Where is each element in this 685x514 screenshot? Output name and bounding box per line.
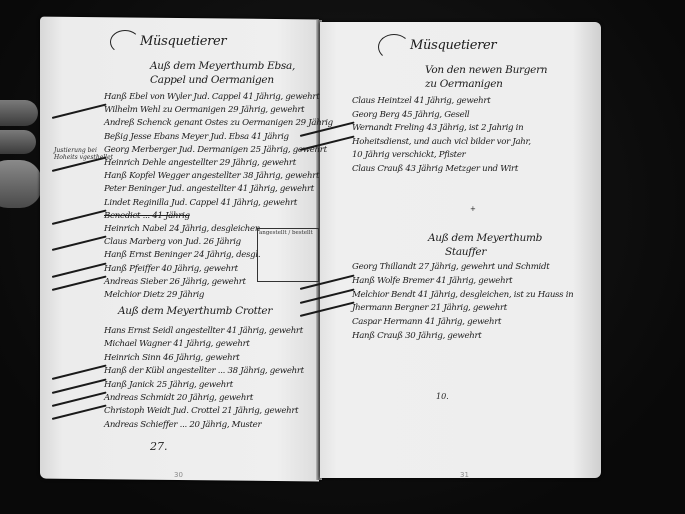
right-section-1-heading-b: zu Oermanigen (425, 78, 503, 90)
margin-note: Justierung bei Hoheits vgesthellet (54, 147, 113, 161)
register-entry: Claus Heintzel 41 Jährig, gewehrt (352, 96, 490, 106)
register-entry: Hanß Crauß 30 Jährig, gewehrt (352, 331, 481, 341)
register-entry: Benedict ... 41 Jährig (104, 211, 190, 221)
register-entry: Christoph Weidt Jud. Crottel 21 Jährig, … (104, 406, 298, 416)
register-entry: Hanß Ebel von Wyler Jud. Cappel 41 Jähri… (104, 92, 319, 102)
register-entry: Georg Thillandt 27 Jährig, gewehrt und S… (352, 262, 549, 272)
register-entry: Andreas Sieber 26 Jährig, gewehrt (104, 277, 246, 287)
right-pencil-folio: 31 (460, 471, 469, 479)
register-entry: Jhermann Bergner 21 Jährig, gewehrt (352, 303, 507, 313)
boxed-margin-note: angestellt / bestellt (257, 228, 319, 282)
right-section-2-heading-b: Stauffer (445, 246, 486, 258)
register-entry: Caspar Hermann 41 Jährig, gewehrt (352, 317, 501, 327)
title-flourish (110, 30, 140, 54)
register-entry: Hans Ernst Seidl angestellter 41 Jährig,… (104, 326, 303, 336)
register-entry: Wernandt Freling 43 Jährig, ist 2 Jahrig… (352, 123, 523, 133)
margin-note-line: Hoheits vgesthellet (54, 154, 113, 161)
register-entry: Melchior Bendt 41 Jährig, desgleichen, i… (352, 290, 573, 300)
register-entry: Andreas Schieffer ... 20 Jährig, Muster (104, 420, 261, 430)
boxed-note-text: angestellt / bestellt (259, 230, 313, 236)
register-entry: Michael Wagner 41 Jährig, gewehrt (104, 339, 250, 349)
register-entry: Melchior Dietz 29 Jährig (104, 290, 204, 300)
register-entry: 10 Jährig verschickt, Pfister (352, 150, 465, 160)
register-entry: Hanß Wolfe Bremer 41 Jährig, gewehrt (352, 276, 512, 286)
register-entry: Heinrich Dehle angestellter 29 Jährig, g… (104, 158, 296, 168)
right-section-1-heading-a: Von den newen Burgern (425, 64, 547, 76)
register-entry: Georg Berg 45 Jährig, Gesell (352, 110, 469, 120)
left-section-1-heading-a: Auß dem Meyerthumb Ebsa, (150, 60, 295, 72)
left-pencil-folio: 30 (174, 471, 183, 479)
register-entry: Hanß Kopfel Wegger angestellter 38 Jähri… (104, 171, 319, 181)
left-title: Müsquetierer (140, 34, 226, 49)
register-entry: Claus Crauß 43 Jährig Metzger und Wirt (352, 164, 518, 174)
cross-mark: + (470, 205, 476, 213)
right-section-2-heading-a: Auß dem Meyerthumb (428, 232, 542, 244)
register-entry: Claus Marberg von Jud. 26 Jährig (104, 237, 241, 247)
register-entry: Hanß Janick 25 Jährig, gewehrt (104, 380, 233, 390)
title-flourish (378, 34, 410, 60)
register-entry: Lindet Reginilla Jud. Cappel 41 Jährig, … (104, 198, 297, 208)
register-entry: Hanß Ernst Beninger 24 Jährig, desgl. (104, 250, 260, 260)
register-entry: Heinrich Sinn 46 Jährig, gewehrt (104, 353, 239, 363)
register-entry: Georg Merberger Jud. Dermanigen 25 Jähri… (104, 145, 327, 155)
register-entry: Andreas Schmidt 20 Jährig, gewehrt (104, 393, 253, 403)
register-entry: Heinrich Nabel 24 Jährig, desgleichen (104, 224, 260, 234)
left-section-2-heading: Auß dem Meyerthumb Crotter (118, 305, 272, 317)
right-title: Müsquetierer (410, 38, 496, 53)
left-folio-number: 27. (150, 440, 168, 453)
register-entry: Andreß Schenck genant Ostes zu Oermanige… (104, 118, 333, 128)
register-entry: Beßig Jesse Ebans Meyer Jud. Ebsa 41 Jäh… (104, 132, 289, 142)
register-entry: Wilhelm Wehl zu Oermanigen 29 Jährig, ge… (104, 105, 304, 115)
register-entry: Peter Beninger Jud. angestellter 41 Jähr… (104, 184, 314, 194)
register-entry: Hoheitsdienst, und auch vicl bilder vor … (352, 137, 531, 147)
margin-note-line: Justierung bei (54, 147, 113, 154)
register-entry: Hanß Pfeiffer 40 Jährig, gewehrt (104, 264, 238, 274)
left-section-1-heading-b: Cappel und Oermanigen (150, 74, 274, 86)
register-entry: Hanß der Kübl angestellter ... 38 Jährig… (104, 366, 304, 376)
right-folio-number: 10. (436, 392, 449, 401)
